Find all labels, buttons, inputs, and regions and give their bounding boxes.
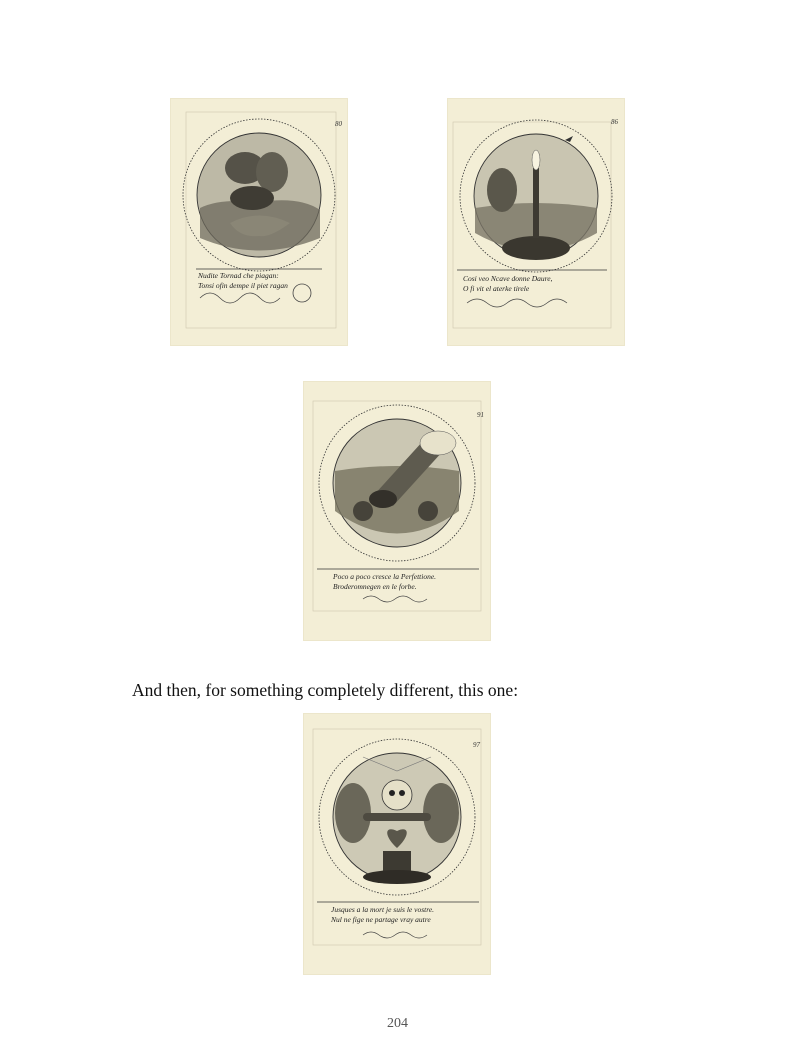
plate-number: 97 — [473, 741, 480, 749]
body-paragraph: And then, for something completely diffe… — [132, 680, 518, 700]
plate-number: 80 — [335, 120, 342, 128]
plate-motto: Poco a poco cresce la Perfettione. Brode… — [333, 572, 436, 592]
engraving-illustration — [303, 713, 491, 975]
motto-line: Nudite Tornad che piagan: — [198, 271, 288, 281]
engraving-plate-3: 91 Poco a poco cresce la Perfettione. Br… — [303, 381, 491, 641]
engraving-illustration — [303, 381, 491, 641]
plate-number: 91 — [477, 411, 484, 419]
page-number: 204 — [0, 1016, 795, 1032]
motto-line: Poco a poco cresce la Perfettione. — [333, 572, 436, 582]
engraving-plate-4: 97 Jusques a la mort je suis le vostre. … — [303, 713, 491, 975]
motto-line: Tonsi ofin dempe il piet ragan — [198, 281, 288, 291]
plate-motto: Jusques a la mort je suis le vostre. Nul… — [331, 905, 434, 925]
engraving-illustration — [170, 98, 348, 346]
engraving-illustration — [447, 98, 625, 346]
plate-number: 86 — [611, 118, 618, 126]
plate-motto: Nudite Tornad che piagan: Tonsi ofin dem… — [198, 271, 288, 291]
engraving-plate-2: 86 Cosi veo Ncave donne Daure, O fi vit … — [447, 98, 625, 346]
motto-line: Jusques a la mort je suis le vostre. — [331, 905, 434, 915]
motto-line: Cosi veo Ncave donne Daure, — [463, 274, 553, 284]
motto-line: O fi vit el aterke tirele — [463, 284, 553, 294]
engraving-plate-1: 80 Nudite Tornad che piagan: Tonsi ofin … — [170, 98, 348, 346]
plate-motto: Cosi veo Ncave donne Daure, O fi vit el … — [463, 274, 553, 294]
motto-line: Broderomnegen en le forbe. — [333, 582, 436, 592]
motto-line: Nul ne fige ne partage vray autre — [331, 915, 434, 925]
